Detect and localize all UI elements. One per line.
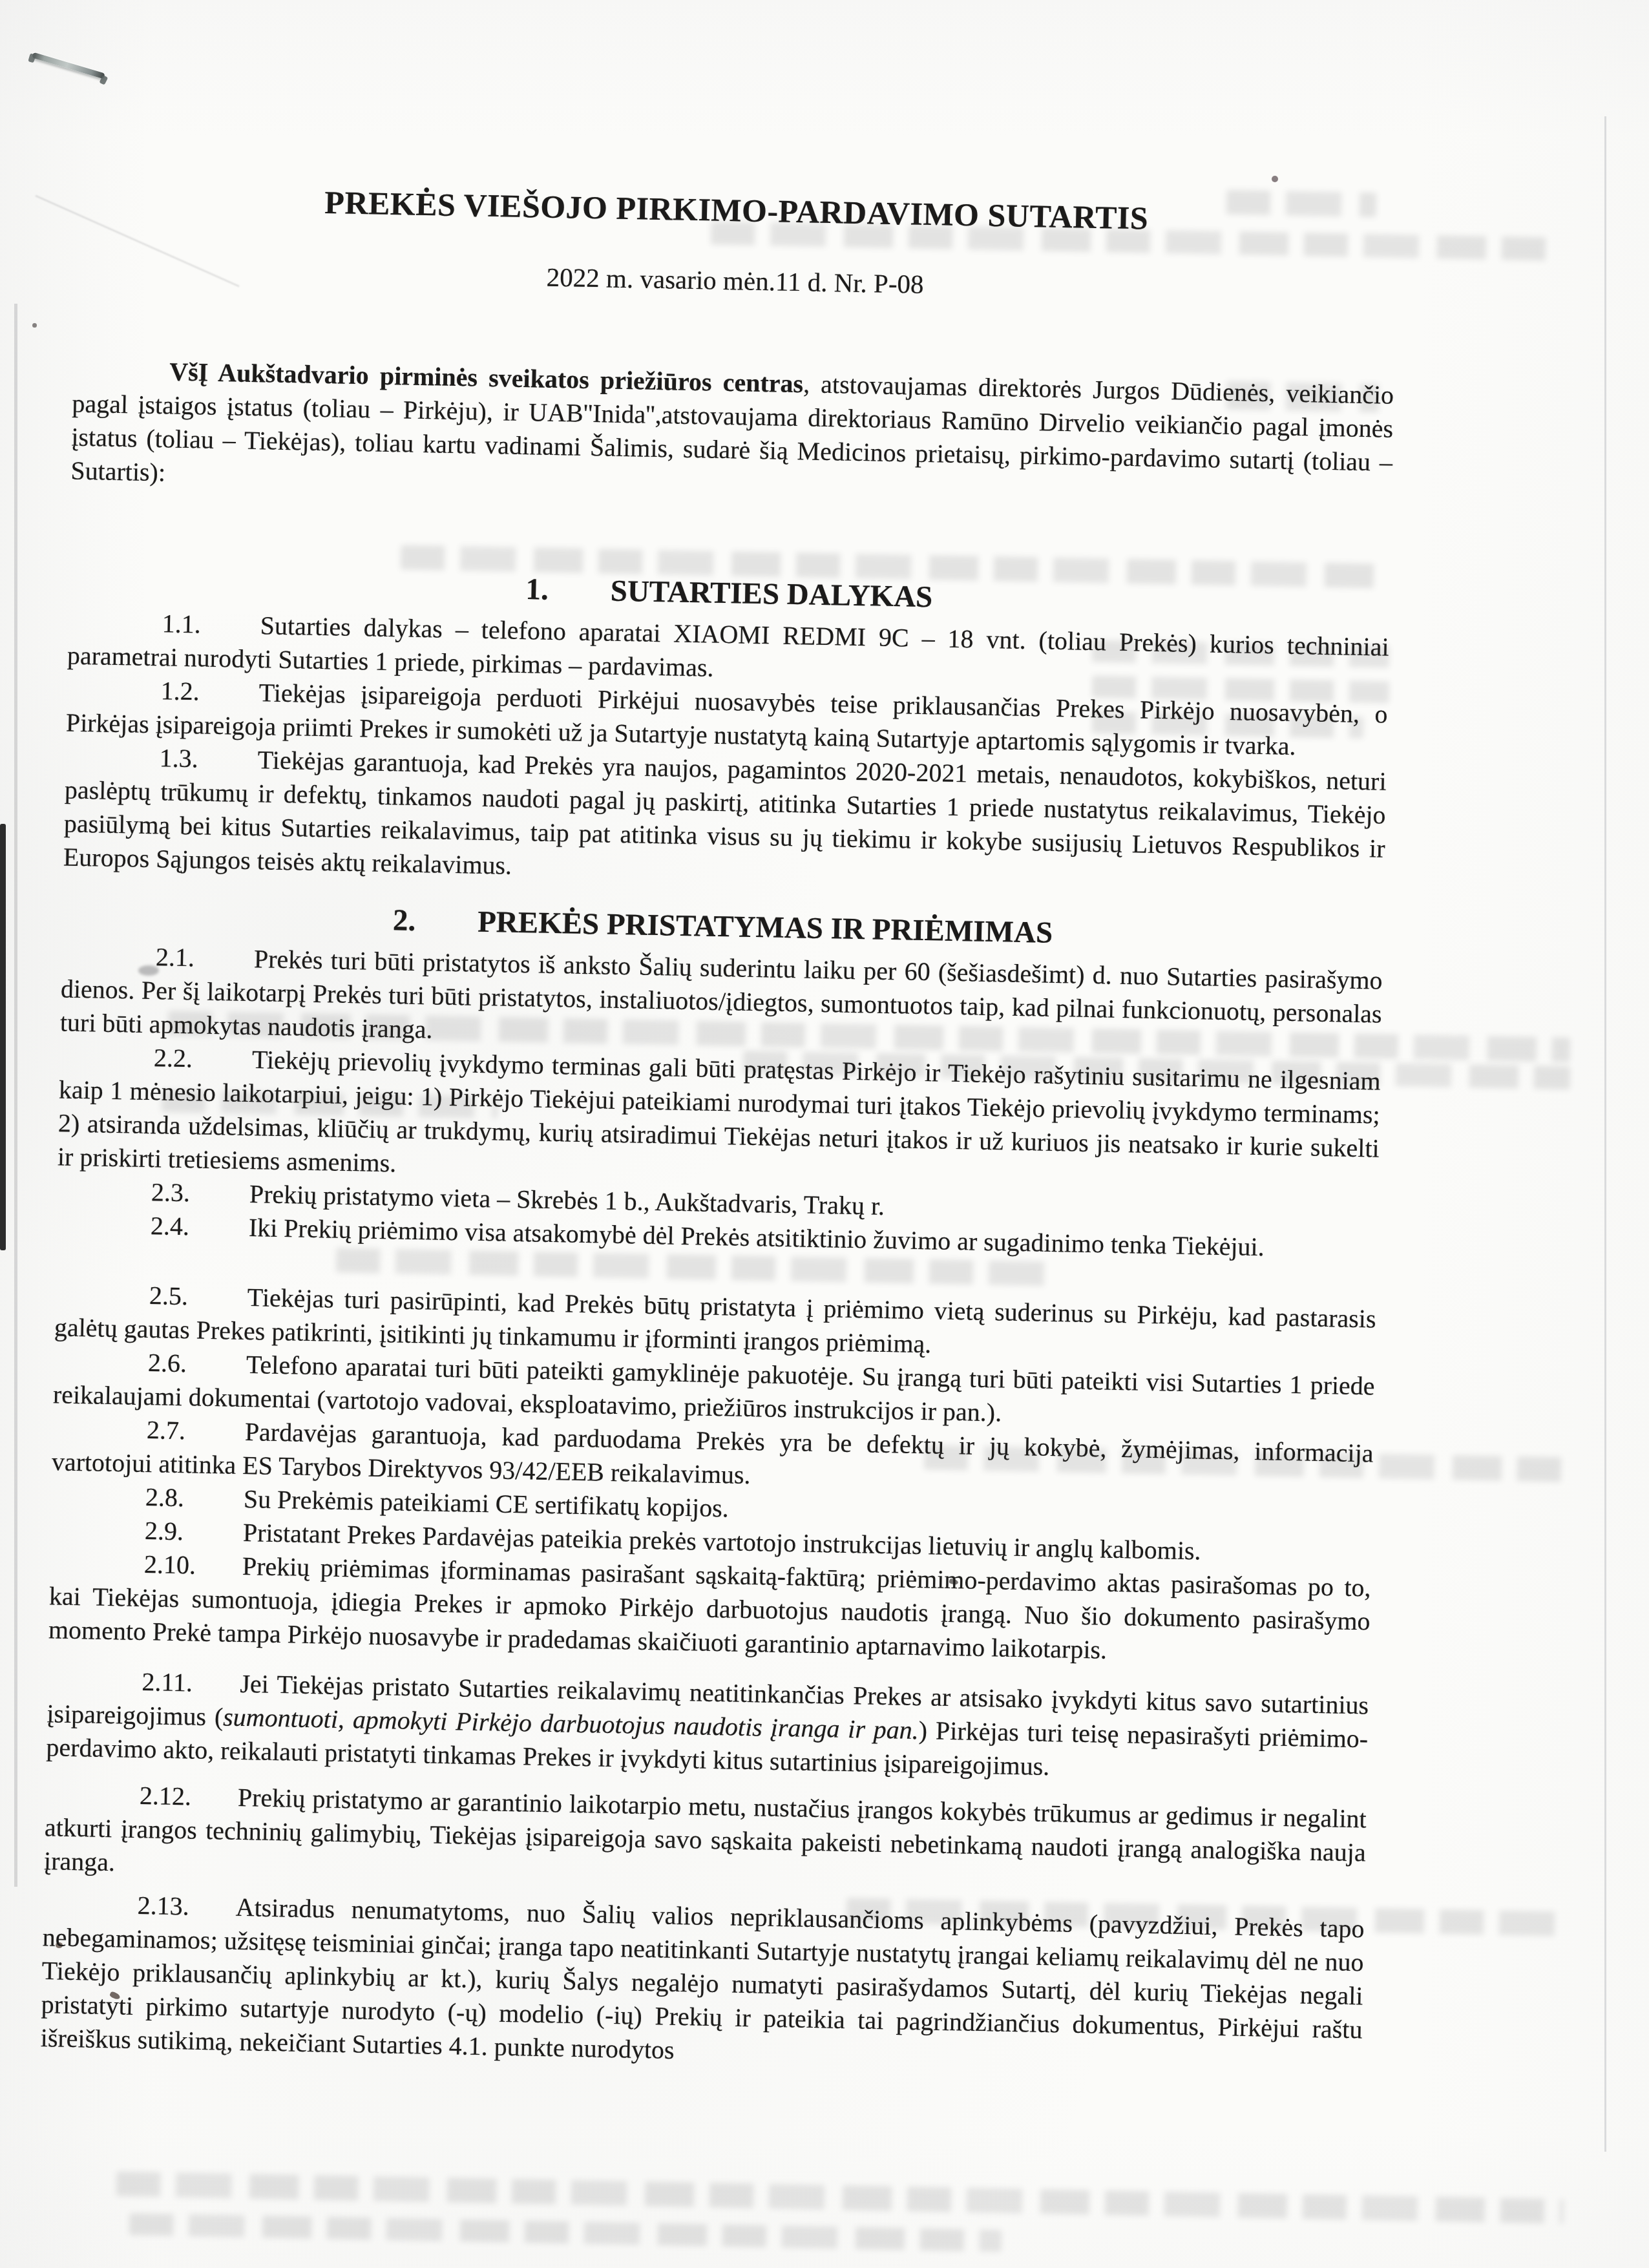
page-edge-shadow-left [14,304,17,1887]
page-edge-dark-strip [0,824,6,1250]
clause-number: 2.9. [144,1514,243,1549]
date-line: 2022 m. vasario mėn.11 d. Nr. P-08 [74,251,1396,310]
ink-speck [32,323,37,328]
clause-text: Tiekėjų prievolių įvykdymo terminas gali… [58,1045,1381,1177]
bleedthrough-artifact [129,2213,1002,2252]
clause-2-11: 2.11.Jei Tiekėjas pristato Sutarties rei… [46,1663,1369,1789]
clause-number: 2.3. [151,1175,249,1211]
ink-speck [1272,176,1278,182]
clause-number: 2.13. [137,1889,236,1924]
clause-number: 2.8. [145,1480,244,1516]
clause-number: 2.4. [150,1209,249,1244]
section-title: SUTARTIES DALYKAS [610,574,932,614]
clause-text: Prekių pristatymo ar garantinio laikotar… [44,1783,1367,1876]
clause-number: 2.2. [153,1041,252,1076]
clause-text: Sutarties dalykas – telefono aparatai XI… [67,611,1389,682]
clause-number: 2.7. [146,1413,245,1449]
section-number: 1. [525,572,549,607]
clause-number: 1.1. [162,607,260,642]
intro-paragraph: VšĮ Aukštadvario pirminės sveikatos prie… [70,353,1394,513]
clause-text: Tiekėjas garantuoja, kad Prekės yra nauj… [63,745,1386,880]
clause-text: Tiekėjas turi pasirūpinti, kad Prekės bū… [54,1283,1376,1358]
sections: 1.SUTARTIES DALYKAS1.1.Sutarties dalykas… [40,563,1390,2081]
clause-number: 2.6. [147,1346,246,1381]
clause-number: 2.5. [149,1279,247,1314]
clause-text: Prekių priėmimas įforminamas pasirašant … [48,1551,1371,1664]
staple [32,52,105,79]
clause-text: Prekės turi būti pristatytos iš anksto Š… [60,944,1383,1044]
clause-2-13: 2.13.Atsiradus nenumatytoms, nuo Šalių v… [40,1887,1365,2080]
section-title: PREKĖS PRISTATYMAS IR PRIĖMIMAS [478,905,1053,950]
clause-1-3: 1.3.Tiekėjas garantuoja, kad Prekės yra … [63,739,1387,899]
scanned-page: PREKĖS VIEŠOJO PIRKIMO-PARDAVIMO SUTARTI… [0,0,1649,2268]
bleedthrough-artifact [116,2172,1564,2224]
clause-2-2: 2.2.Tiekėjų prievolių įvykdymo terminas … [57,1039,1381,1199]
clause-number: 2.1. [155,940,254,976]
page-edge-shadow-right [1604,116,1606,2152]
clause-number: 1.2. [160,674,259,709]
clause-number: 2.11. [142,1665,240,1701]
section-number: 2. [392,903,415,938]
clause-2-12: 2.12.Prekių pristatymo ar garantinio lai… [44,1777,1367,1903]
clause-number: 2.10. [143,1548,242,1583]
page-title: PREKĖS VIEŠOJO PIRKIMO-PARDAVIMO SUTARTI… [76,179,1398,242]
clause-number: 1.3. [159,741,258,777]
clause-number: 2.12. [140,1779,238,1814]
clause-text: Atsiradus nenumatytoms, nuo Šalių valios… [40,1893,1364,2064]
contract-document: PREKĖS VIEŠOJO PIRKIMO-PARDAVIMO SUTARTI… [40,179,1397,2081]
